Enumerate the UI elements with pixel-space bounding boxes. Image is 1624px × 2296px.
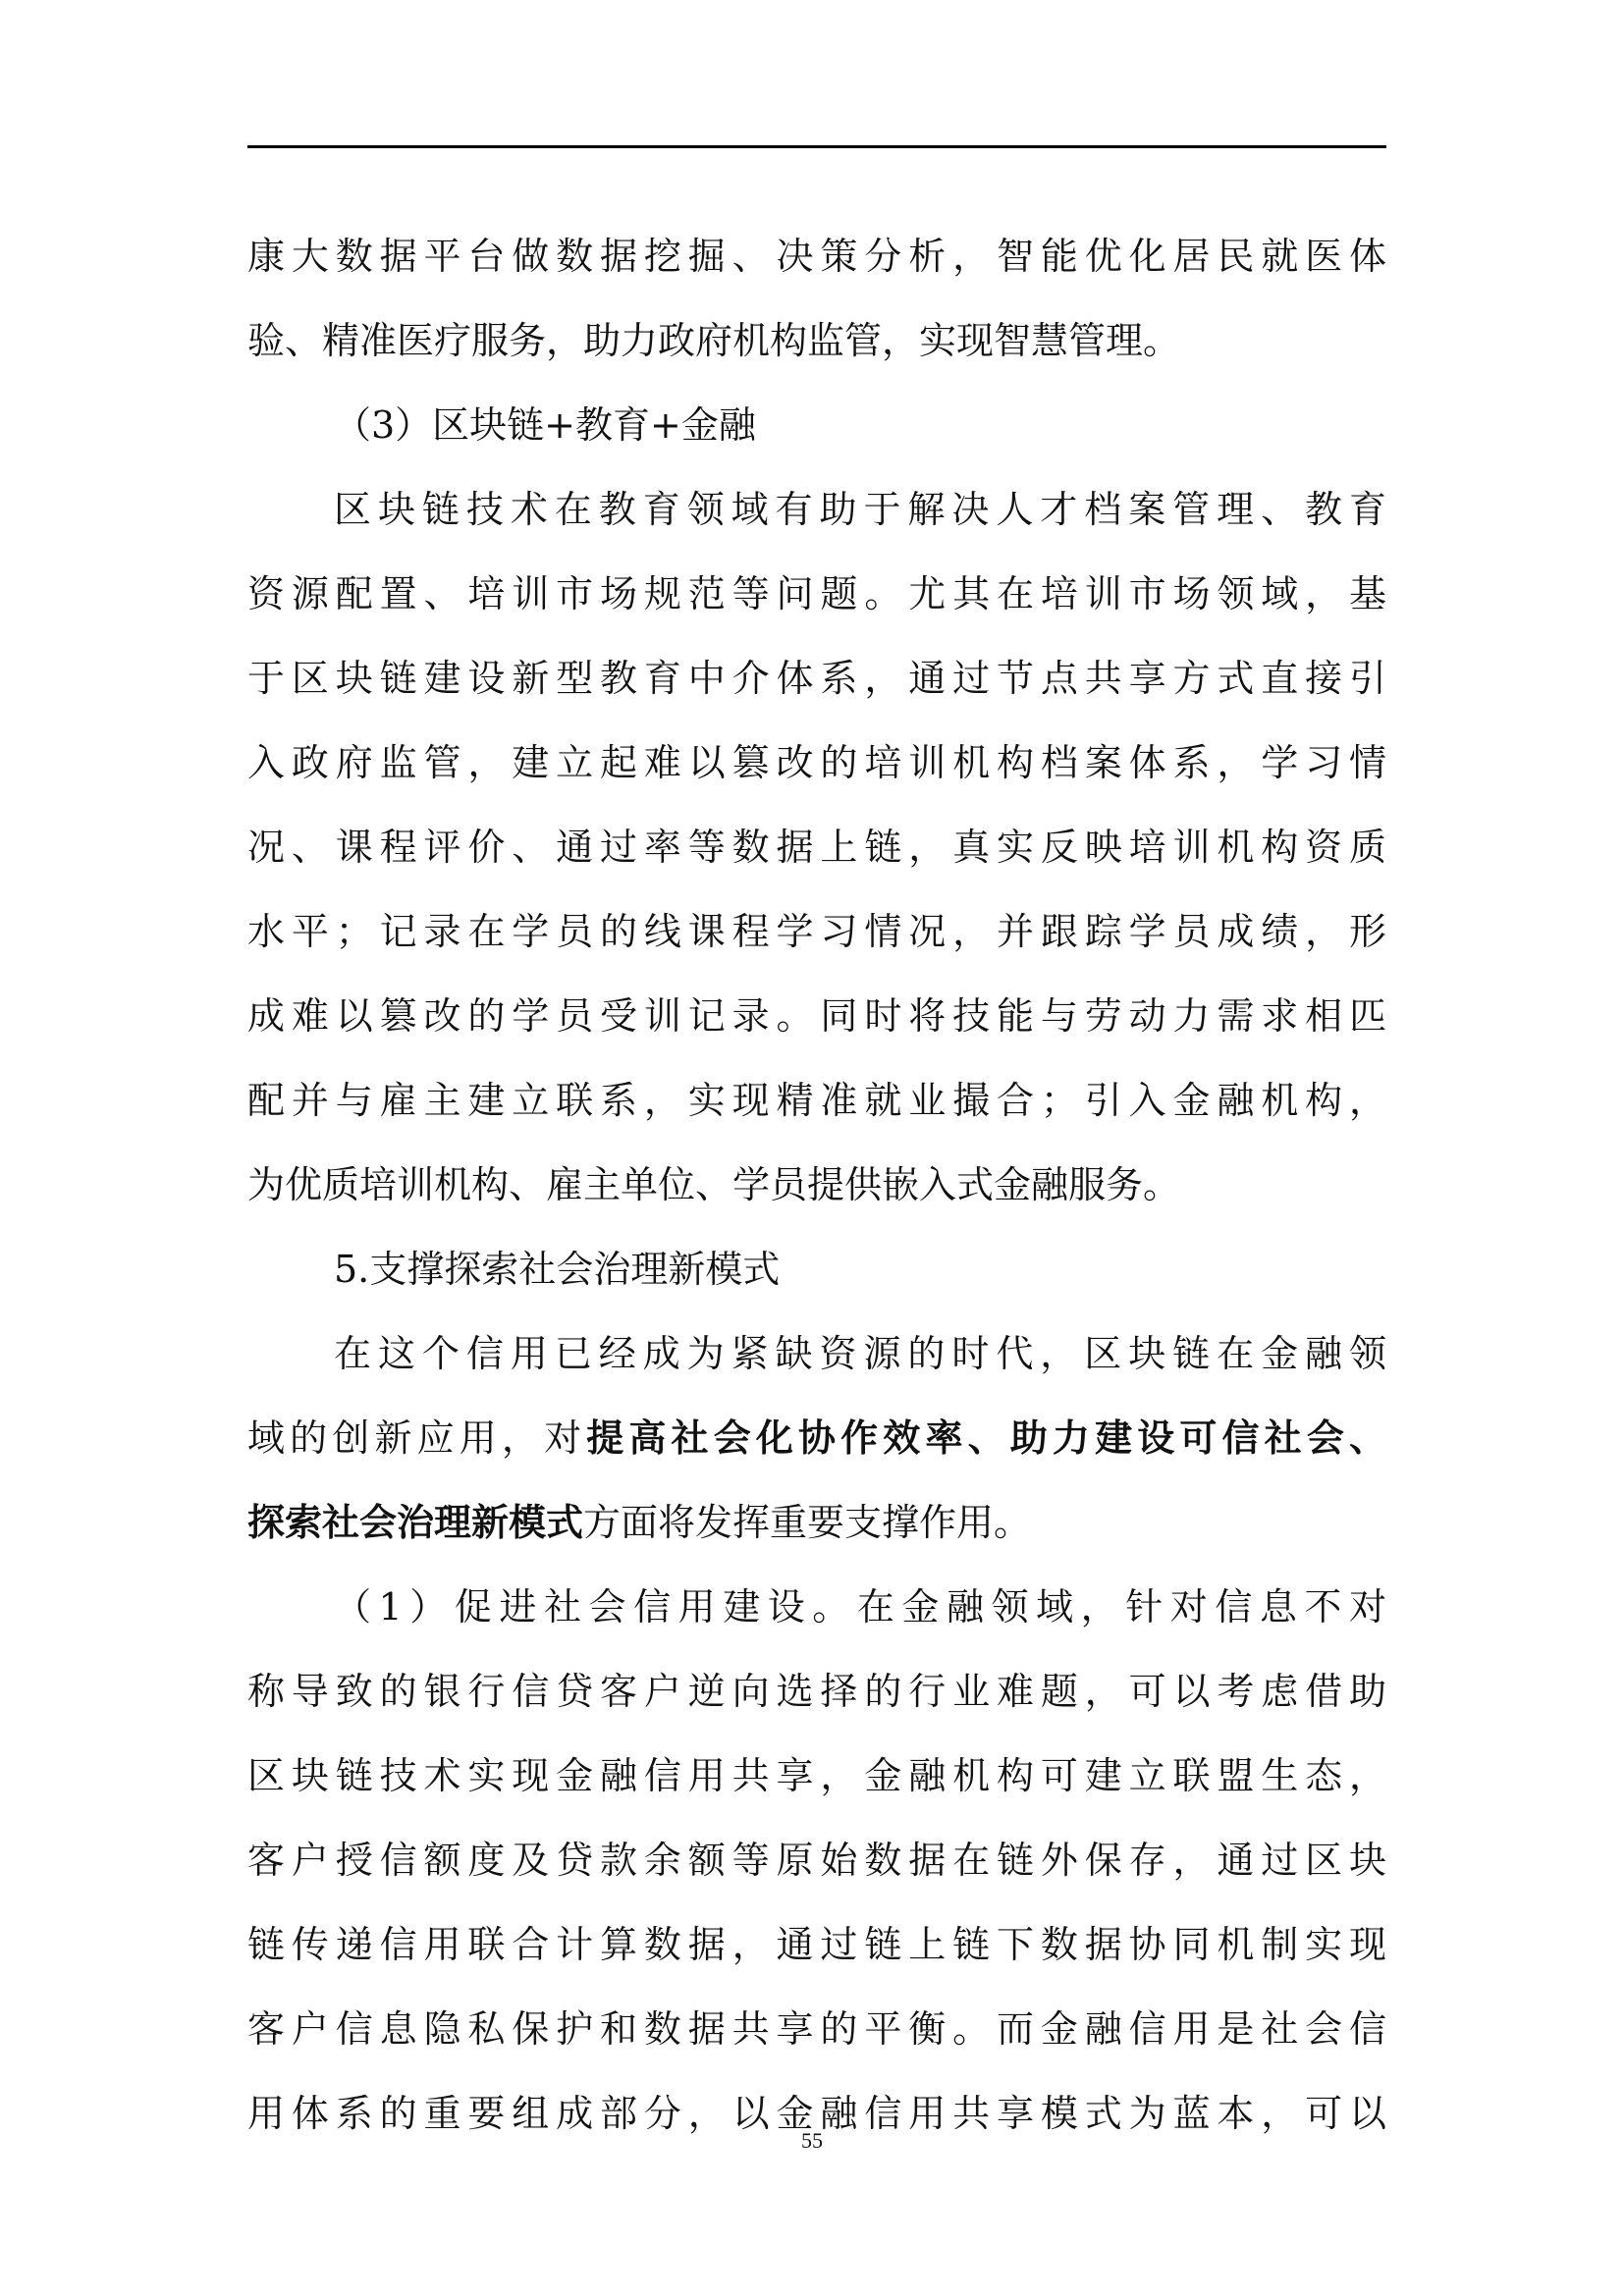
paragraph-line: （1）促进社会信用建设。在金融领域，针对信息不对 xyxy=(247,1565,1386,1649)
text-run: 域的创新应用，对 xyxy=(247,1416,586,1460)
text-run: 方面将发挥重要支撑作用。 xyxy=(583,1501,1031,1544)
bold-text-run: 探索社会治理新模式 xyxy=(247,1501,583,1544)
body-text: 康大数据平台做数据挖掘、决策分析，智能优化居民就医体 验、精准医疗服务，助力政府… xyxy=(247,214,1386,2156)
paragraph-line: 称导致的银行信贷客户逆向选择的行业难题，可以考虑借助 xyxy=(247,1649,1386,1734)
bold-text-run: 提高社会化协作效率、助力建设可信社会、 xyxy=(586,1416,1386,1460)
paragraph-line: 客户授信额度及贷款余额等原始数据在链外保存，通过区块 xyxy=(247,1818,1386,1902)
paragraph-line: 配并与雇主建立联系，实现精准就业撮合；引入金融机构， xyxy=(247,1058,1386,1143)
paragraph-line: 于区块链建设新型教育中介体系，通过节点共享方式直接引 xyxy=(247,636,1386,721)
paragraph-line: 验、精准医疗服务，助力政府机构监管，实现智慧管理。 xyxy=(247,298,1386,383)
page-number: 55 xyxy=(0,2128,1624,2154)
paragraph-line: 资源配置、培训市场规范等问题。尤其在培训市场领域，基 xyxy=(247,552,1386,636)
paragraph-line: 探索社会治理新模式方面将发挥重要支撑作用。 xyxy=(247,1480,1386,1565)
paragraph-line: 区块链技术在教育领域有助于解决人才档案管理、教育 xyxy=(247,467,1386,552)
paragraph-line: 在这个信用已经成为紧缺资源的时代，区块链在金融领 xyxy=(247,1311,1386,1396)
paragraph-line: 区块链技术实现金融信用共享，金融机构可建立联盟生态， xyxy=(247,1734,1386,1818)
section-heading: （3）区块链+教育+金融 xyxy=(247,383,1386,467)
paragraph-line: 链传递信用联合计算数据，通过链上链下数据协同机制实现 xyxy=(247,1902,1386,1987)
paragraph-line: 客户信息隐私保护和数据共享的平衡。而金融信用是社会信 xyxy=(247,1987,1386,2071)
paragraph-line: 入政府监管，建立起难以篡改的培训机构档案体系，学习情 xyxy=(247,721,1386,805)
paragraph-line: 域的创新应用，对提高社会化协作效率、助力建设可信社会、 xyxy=(247,1396,1386,1480)
section-heading: 5.支撑探索社会治理新模式 xyxy=(247,1227,1386,1311)
paragraph-line: 为优质培训机构、雇主单位、学员提供嵌入式金融服务。 xyxy=(247,1143,1386,1227)
header-rule xyxy=(247,145,1386,148)
paragraph-line: 康大数据平台做数据挖掘、决策分析，智能优化居民就医体 xyxy=(247,214,1386,298)
paragraph-line: 水平；记录在学员的线课程学习情况，并跟踪学员成绩，形 xyxy=(247,889,1386,974)
paragraph-line: 成难以篡改的学员受训记录。同时将技能与劳动力需求相匹 xyxy=(247,974,1386,1058)
paragraph-line: 况、课程评价、通过率等数据上链，真实反映培训机构资质 xyxy=(247,805,1386,889)
